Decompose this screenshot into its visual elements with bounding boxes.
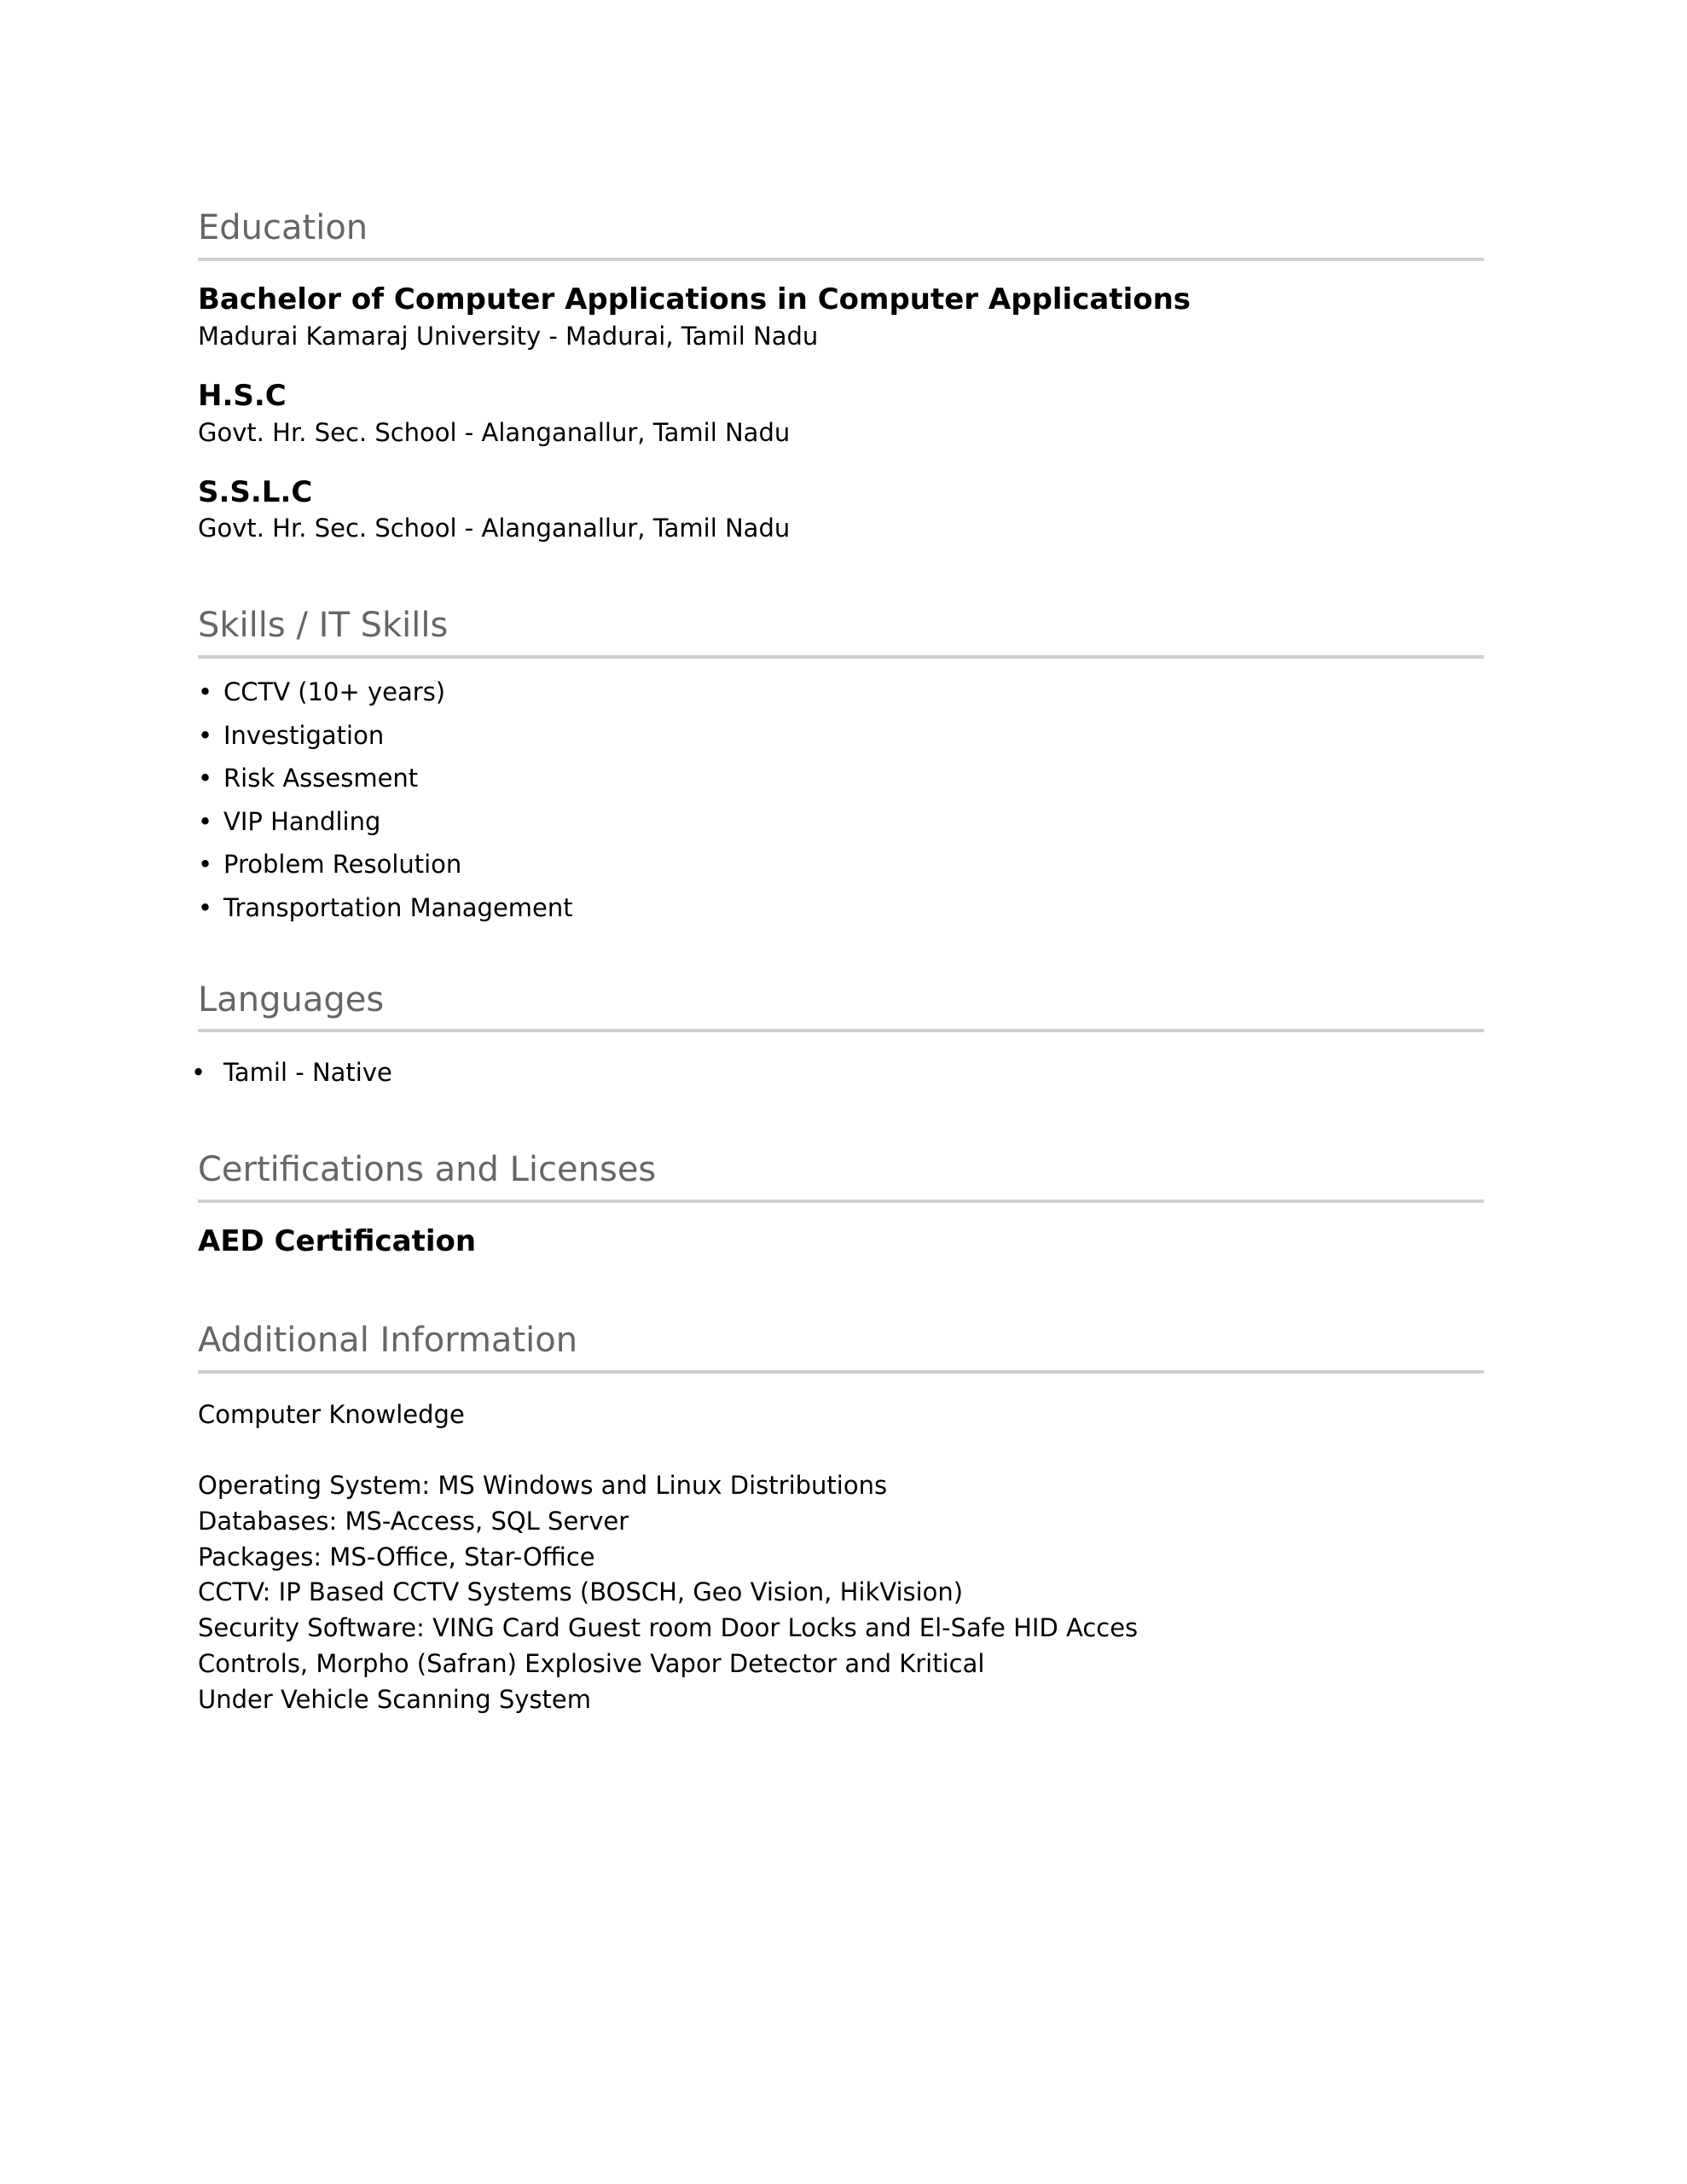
bullet-icon: • bbox=[191, 1060, 206, 1085]
degree-title: Bachelor of Computer Applications in Com… bbox=[198, 285, 1191, 314]
section-divider bbox=[198, 1370, 1484, 1374]
certification-title: AED Certification bbox=[198, 1227, 476, 1256]
additional-line: Controls, Morpho (Safran) Explosive Vapo… bbox=[198, 1652, 984, 1676]
bullet-icon: • bbox=[198, 852, 212, 877]
additional-line: Under Vehicle Scanning System bbox=[198, 1687, 591, 1712]
bullet-icon: • bbox=[198, 810, 212, 834]
language-label: Tamil - Native bbox=[223, 1060, 392, 1085]
skill-label: VIP Handling bbox=[223, 810, 380, 834]
bullet-icon: • bbox=[198, 723, 212, 748]
skill-label: Risk Assesment bbox=[223, 766, 418, 791]
skill-label: CCTV (10+ years) bbox=[223, 680, 445, 705]
institution: Govt. Hr. Sec. School - Alanganallur, Ta… bbox=[198, 421, 790, 445]
section-heading-education: Education bbox=[198, 211, 368, 245]
skill-label: Transportation Management bbox=[223, 896, 573, 921]
institution: Madurai Kamaraj University - Madurai, Ta… bbox=[198, 324, 818, 349]
skill-label: Problem Resolution bbox=[223, 852, 461, 877]
degree-title: S.S.L.C bbox=[198, 478, 312, 507]
skill-label: Investigation bbox=[223, 723, 384, 748]
additional-intro: Computer Knowledge bbox=[198, 1403, 465, 1427]
section-divider bbox=[198, 1029, 1484, 1032]
section-divider bbox=[198, 258, 1484, 261]
bullet-icon: • bbox=[198, 766, 212, 791]
section-heading-skills: Skills / IT Skills bbox=[198, 608, 448, 642]
section-heading-certifications: Certifications and Licenses bbox=[198, 1153, 656, 1187]
additional-line: Databases: MS-Access, SQL Server bbox=[198, 1509, 629, 1534]
degree-title: H.S.C bbox=[198, 381, 287, 410]
additional-line: Operating System: MS Windows and Linux D… bbox=[198, 1473, 887, 1498]
institution: Govt. Hr. Sec. School - Alanganallur, Ta… bbox=[198, 516, 790, 541]
section-divider bbox=[198, 1199, 1484, 1203]
additional-line: Security Software: VING Card Guest room … bbox=[198, 1616, 1138, 1641]
section-divider bbox=[198, 655, 1484, 659]
bullet-icon: • bbox=[198, 680, 212, 705]
section-heading-languages: Languages bbox=[198, 983, 384, 1017]
bullet-icon: • bbox=[198, 896, 212, 921]
additional-line: Packages: MS-Office, Star-Office bbox=[198, 1545, 595, 1570]
section-heading-additional: Additional Information bbox=[198, 1323, 577, 1357]
additional-line: CCTV: IP Based CCTV Systems (BOSCH, Geo … bbox=[198, 1580, 963, 1605]
